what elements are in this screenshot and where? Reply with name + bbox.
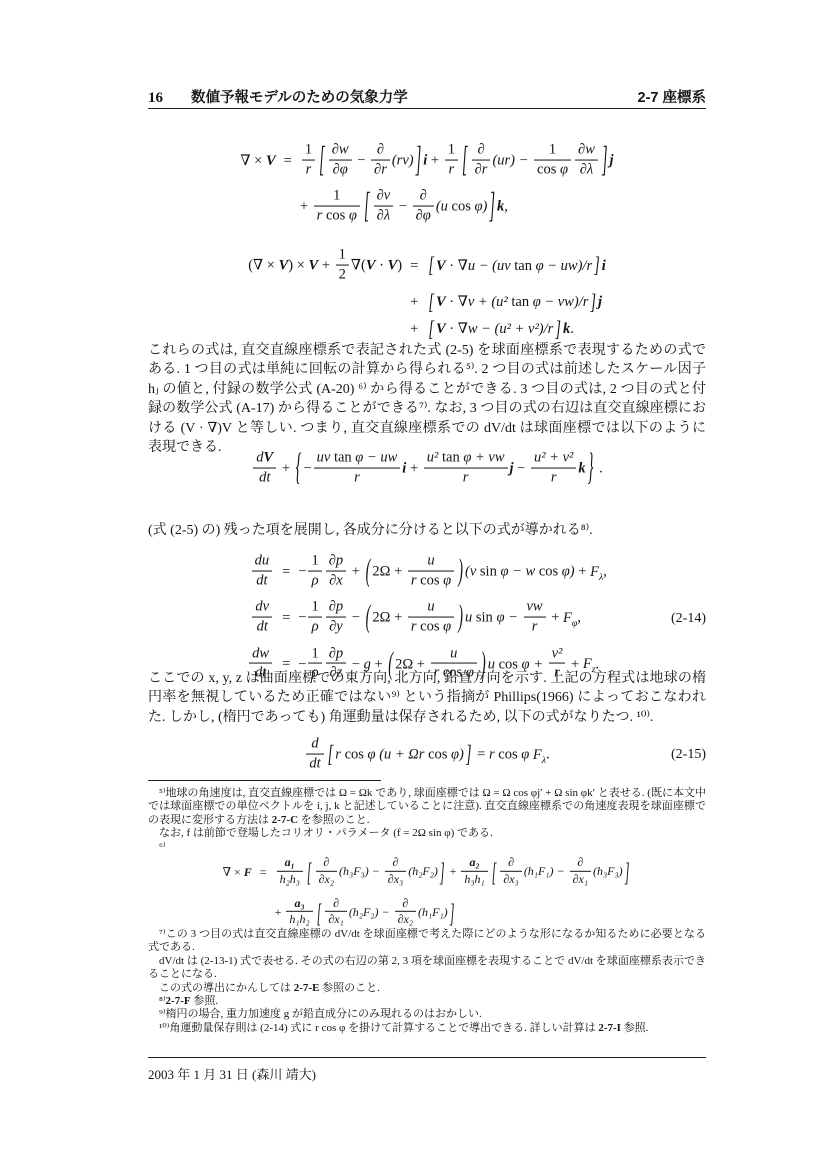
paragraph-coordinate-transform: これらの式は, 直交直線座標系で表記された式 (2-5) を球面座標系で表現する… <box>148 341 706 457</box>
equation-row: (∇ × V) × V + 12∇(V · V)=[V · ∇u − (uv t… <box>248 243 606 289</box>
paragraph-expand-terms: (式 (2-5) の) 残った項を展開し, 各成分に分けると以下の式が導かれる⁸… <box>148 521 706 540</box>
equation-dvdt-spherical: dVdt + {−uv tan φ − uwri + u² tan φ + vw… <box>148 447 706 491</box>
equation-2-15: ddt[r cos φ (u + Ωr cos φ)] = r cos φ Fλ… <box>148 733 706 777</box>
equation-row: +[V · ∇w − (u² + v²)/r]k. <box>248 316 606 343</box>
equation-row: + 1r cos φ[∂v∂λ − ∂∂φ(u cos φ)]k, <box>240 184 613 230</box>
equation-curl-cross-v: (∇ × V) × V + 12∇(V · V)=[V · ∇u − (uv t… <box>148 243 706 343</box>
equation-row: +[V · ∇v + (u² tan φ − vw)/r]j <box>248 289 606 316</box>
footnote-block-7-10: ⁷⁾この 3 つ目の式は直交直線座標の dV/dt を球面座標で考えた際にどのよ… <box>148 928 706 1035</box>
footnote-7-text: ⁷⁾この 3 つ目の式は直交直線座標の dV/dt を球面座標で考えた際にどのよ… <box>148 928 706 955</box>
page-number: 16 <box>148 90 163 106</box>
footnote-6-equation: ∇ × F=a₁h₂h₃[∂∂x₂(h₃F₃) − ∂∂x₃(h₂F₂)] + … <box>148 852 706 933</box>
equation-curl-of-v: ∇ × V=1r[∂w∂φ − ∂∂r(rv)]i + 1r[∂∂r(ur) −… <box>148 138 706 231</box>
running-title: 数値予報モデルのための気象力学 <box>191 90 408 106</box>
section-title: 2-7 座標系 <box>638 86 707 107</box>
footnote-8-text: ⁸⁾2-7-F 参照. <box>148 995 706 1008</box>
equation-row: ∇ × F=a₁h₂h₃[∂∂x₂(h₃F₃) − ∂∂x₃(h₂F₂)] + … <box>223 852 632 893</box>
footnote-5-coriolis-note: なお, f は前節で登場したコリオリ・パラメータ (f = 2Ω sin φ) … <box>148 827 706 840</box>
equation-body: ∇ × F=a₁h₂h₃[∂∂x₂(h₃F₃) − ∂∂x₃(h₂F₂)] + … <box>223 852 632 933</box>
equation-number-2-15: (2-15) <box>671 747 706 763</box>
footnote-9-text: ⁹⁾楕円の場合, 重力加速度 g が鉛直成分にのみ現れるのはおかしい. <box>148 1008 706 1021</box>
page-header: 16数値予報モデルのための気象力学 2-7 座標系 <box>148 86 706 106</box>
equation-row: dVdt + {−uv tan φ − uwri + u² tan φ + vw… <box>251 447 602 491</box>
equation-row: ddt[r cos φ (u + Ωr cos φ)] = r cos φ Fλ… <box>304 733 549 777</box>
footnote-7-dvdt-note: dV/dt は (2-13-1) 式で表せる. その式の右辺の第 2, 3 項を… <box>148 955 706 982</box>
equation-body: ∇ × V=1r[∂w∂φ − ∂∂r(rv)]i + 1r[∂∂r(ur) −… <box>240 138 613 231</box>
footnote-rule <box>148 780 381 781</box>
footer-rule <box>148 1057 706 1058</box>
footnote-5-text: ⁵⁾地球の角速度は, 直交直線座標では Ω = Ωk であり, 球面座標では Ω… <box>148 787 706 827</box>
equation-row: dvdt=−1ρ∂p∂y − (2Ω + ur cos φ)u sin φ − … <box>247 595 607 641</box>
footnote-7-derivation-note: この式の導出にかんしては 2-7-E 参照のこと. <box>148 982 706 995</box>
equation-body: (∇ × V) × V + 12∇(V · V)=[V · ∇u − (uv t… <box>248 243 606 343</box>
equation-row: dudt=−1ρ∂p∂x + (2Ω + ur cos φ)(v sin φ −… <box>247 549 607 595</box>
footer-date-author: 2003 年 1 月 31 日 (森川 靖大) <box>148 1064 706 1083</box>
equation-body: dVdt + {−uv tan φ − uwri + u² tan φ + vw… <box>251 447 602 491</box>
paragraph-xyz-directions: ここでの x, y, z は曲面座標での東方向, 北方向, 鉛直方向を示す. 上… <box>148 669 706 727</box>
footnote-block-5-6: ⁵⁾地球の角速度は, 直交直線座標では Ω = Ωk であり, 球面座標では Ω… <box>148 787 706 854</box>
document-page: 16数値予報モデルのための気象力学 2-7 座標系 ∇ × V=1r[∂w∂φ … <box>0 0 826 1169</box>
equation-body: dudt=−1ρ∂p∂x + (2Ω + ur cos φ)(v sin φ −… <box>247 549 607 688</box>
equation-row: ∇ × V=1r[∂w∂φ − ∂∂r(rv)]i + 1r[∂∂r(ur) −… <box>240 138 613 184</box>
equation-2-14: dudt=−1ρ∂p∂x + (2Ω + ur cos φ)(v sin φ −… <box>148 549 706 688</box>
footnote-10-text: ¹⁰⁾角運動量保存則は (2-14) 式に r cos φ を掛けて計算すること… <box>148 1022 706 1035</box>
header-rule <box>148 108 706 109</box>
equation-number-2-14: (2-14) <box>671 611 706 627</box>
equation-body: ddt[r cos φ (u + Ωr cos φ)] = r cos φ Fλ… <box>304 733 549 777</box>
